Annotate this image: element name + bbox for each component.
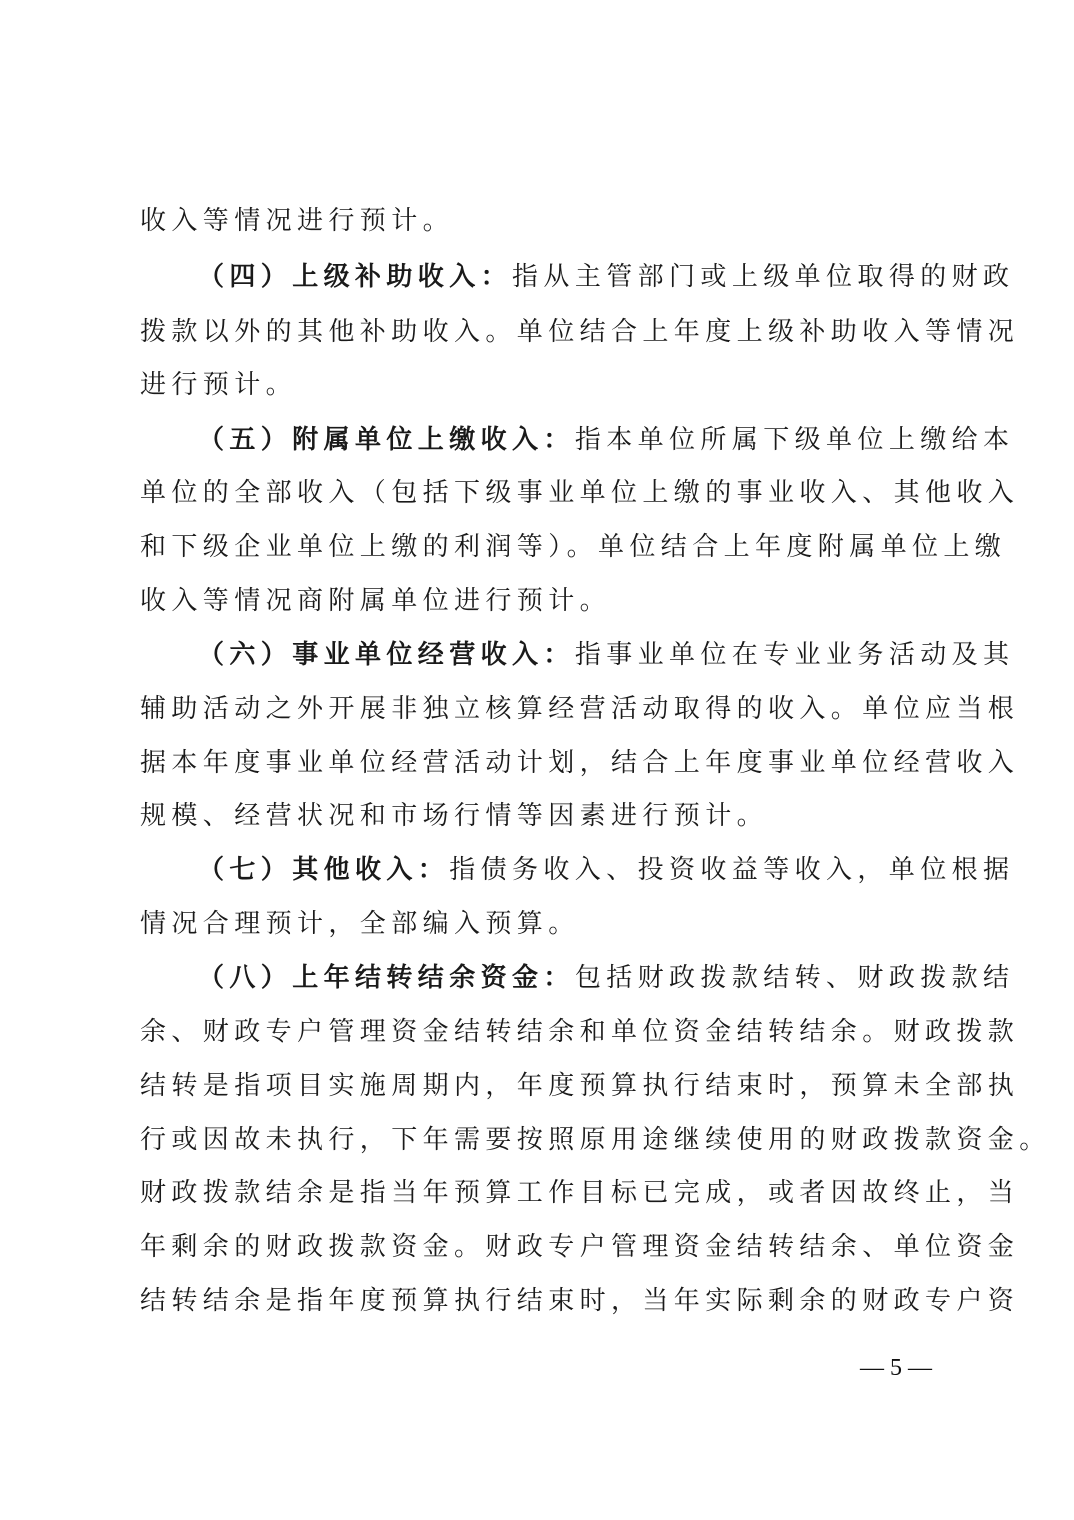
item-six-heading-line: （六）事业单位经营收入：指事业单位在专业业务活动及其	[140, 640, 940, 670]
text-line: 单位的全部收入（包括下级事业单位上缴的事业收入、其他收入	[140, 478, 940, 508]
text-line: 收入等情况进行预计。	[140, 206, 940, 236]
text-line: 收入等情况商附属单位进行预计。	[140, 586, 940, 616]
line-text: 行或因故未执行，下年需要按照原用途继续使用的财政拨款资金。	[140, 1125, 1051, 1155]
item-heading: （六）事业单位经营收入：	[198, 640, 575, 670]
line-text: 结转是指项目实施周期内，年度预算执行结束时，预算未全部执	[140, 1071, 1019, 1101]
item-seven-heading-line: （七）其他收入：指债务收入、投资收益等收入，单位根据	[140, 855, 940, 885]
text-line: 行或因故未执行，下年需要按照原用途继续使用的财政拨款资金。	[140, 1125, 940, 1155]
line-text: 据本年度事业单位经营活动计划，结合上年度事业单位经营收入	[140, 748, 1019, 778]
line-text: 指债务收入、投资收益等收入，单位根据	[449, 855, 1014, 885]
line-text: 规模、经营状况和市场行情等因素进行预计。	[140, 801, 768, 831]
line-text: 包括财政拨款结转、财政拨款结	[575, 963, 1015, 993]
item-five-heading-line: （五）附属单位上缴收入：指本单位所属下级单位上缴给本	[140, 425, 940, 455]
item-heading: （五）附属单位上缴收入：	[198, 425, 575, 455]
line-text: 年剩余的财政拨款资金。财政专户管理资金结转结余、单位资金	[140, 1232, 1019, 1262]
text-line: 规模、经营状况和市场行情等因素进行预计。	[140, 801, 940, 831]
text-line: 结转结余是指年度预算执行结束时，当年实际剩余的财政专户资	[140, 1286, 940, 1316]
line-text: 指本单位所属下级单位上缴给本	[575, 425, 1015, 455]
text-line: 情况合理预计，全部编入预算。	[140, 909, 940, 939]
line-text: 指从主管部门或上级单位取得的财政	[512, 262, 1014, 292]
line-text: 和下级企业单位上缴的利润等）。单位结合上年度附属单位上缴	[140, 532, 1006, 562]
line-text: 财政拨款结余是指当年预算工作目标已完成，或者因故终止，当	[140, 1178, 1019, 1208]
text-line: 辅助活动之外开展非独立核算经营活动取得的收入。单位应当根	[140, 694, 940, 724]
text-line: 财政拨款结余是指当年预算工作目标已完成，或者因故终止，当	[140, 1178, 940, 1208]
line-text: 收入等情况进行预计。	[140, 206, 454, 236]
line-text: 拨款以外的其他补助收入。单位结合上年度上级补助收入等情况	[140, 317, 1019, 347]
item-eight-heading-line: （八）上年结转结余资金：包括财政拨款结转、财政拨款结	[140, 963, 940, 993]
line-text: 余、财政专户管理资金结转结余和单位资金结转结余。财政拨款	[140, 1017, 1019, 1047]
text-line: 据本年度事业单位经营活动计划，结合上年度事业单位经营收入	[140, 748, 940, 778]
line-text: 辅助活动之外开展非独立核算经营活动取得的收入。单位应当根	[140, 694, 1019, 724]
line-text: 情况合理预计，全部编入预算。	[140, 909, 580, 939]
page-number: — 5 —	[860, 1353, 932, 1383]
item-heading: （八）上年结转结余资金：	[198, 963, 575, 993]
text-line: 余、财政专户管理资金结转结余和单位资金结转结余。财政拨款	[140, 1017, 940, 1047]
text-line: 和下级企业单位上缴的利润等）。单位结合上年度附属单位上缴	[140, 532, 940, 562]
text-line: 结转是指项目实施周期内，年度预算执行结束时，预算未全部执	[140, 1071, 940, 1101]
text-line: 年剩余的财政拨款资金。财政专户管理资金结转结余、单位资金	[140, 1232, 940, 1262]
line-text: 指事业单位在专业业务活动及其	[575, 640, 1015, 670]
line-text: 进行预计。	[140, 370, 297, 400]
item-four-heading-line: （四）上级补助收入：指从主管部门或上级单位取得的财政	[140, 262, 940, 292]
document-page: 收入等情况进行预计。 （四）上级补助收入：指从主管部门或上级单位取得的财政 拨款…	[0, 0, 1074, 1520]
item-heading: （四）上级补助收入：	[198, 262, 512, 292]
text-line: 进行预计。	[140, 370, 940, 400]
line-text: 收入等情况商附属单位进行预计。	[140, 586, 611, 616]
line-text: 结转结余是指年度预算执行结束时，当年实际剩余的财政专户资	[140, 1286, 1019, 1316]
text-line: 拨款以外的其他补助收入。单位结合上年度上级补助收入等情况	[140, 317, 940, 347]
line-text: 单位的全部收入（包括下级事业单位上缴的事业收入、其他收入	[140, 478, 1019, 508]
item-heading: （七）其他收入：	[198, 855, 449, 885]
